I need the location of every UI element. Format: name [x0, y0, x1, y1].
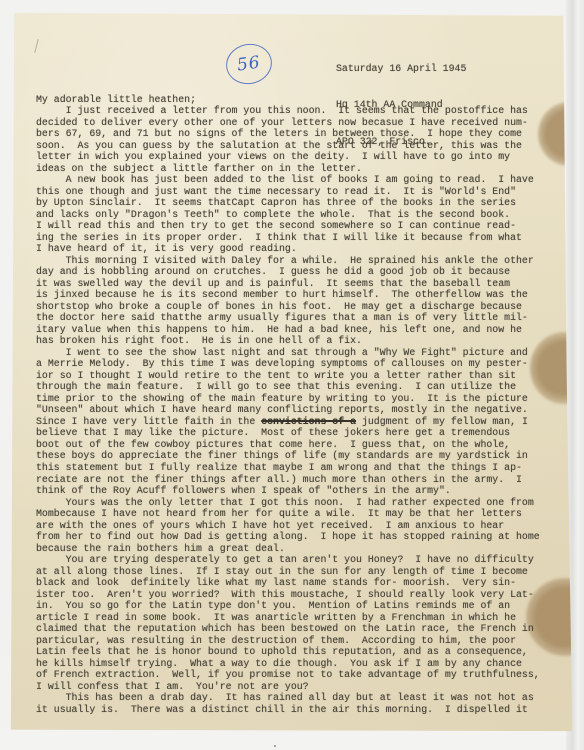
pencil-mark	[34, 39, 38, 53]
letter-paper: 56 Saturday 16 April 1945 Hq 14th AA Com…	[8, 10, 574, 734]
struck-out-text: convictions of a	[261, 416, 356, 427]
body-part-2: judgment of my fellow man, I believe tha…	[36, 416, 540, 715]
letter-body: I just received a letter from you this n…	[36, 105, 570, 715]
body-part-1: I just received a letter from you this n…	[36, 105, 534, 427]
page-number: 56	[236, 52, 262, 75]
salutation: My adorable little heathen;	[36, 94, 196, 106]
letter-scan: 56 Saturday 16 April 1945 Hq 14th AA Com…	[0, 0, 584, 750]
scan-speck	[274, 745, 276, 747]
heading-date: Saturday 16 April 1945	[336, 63, 466, 75]
page-number-annotation: 56	[222, 40, 275, 89]
